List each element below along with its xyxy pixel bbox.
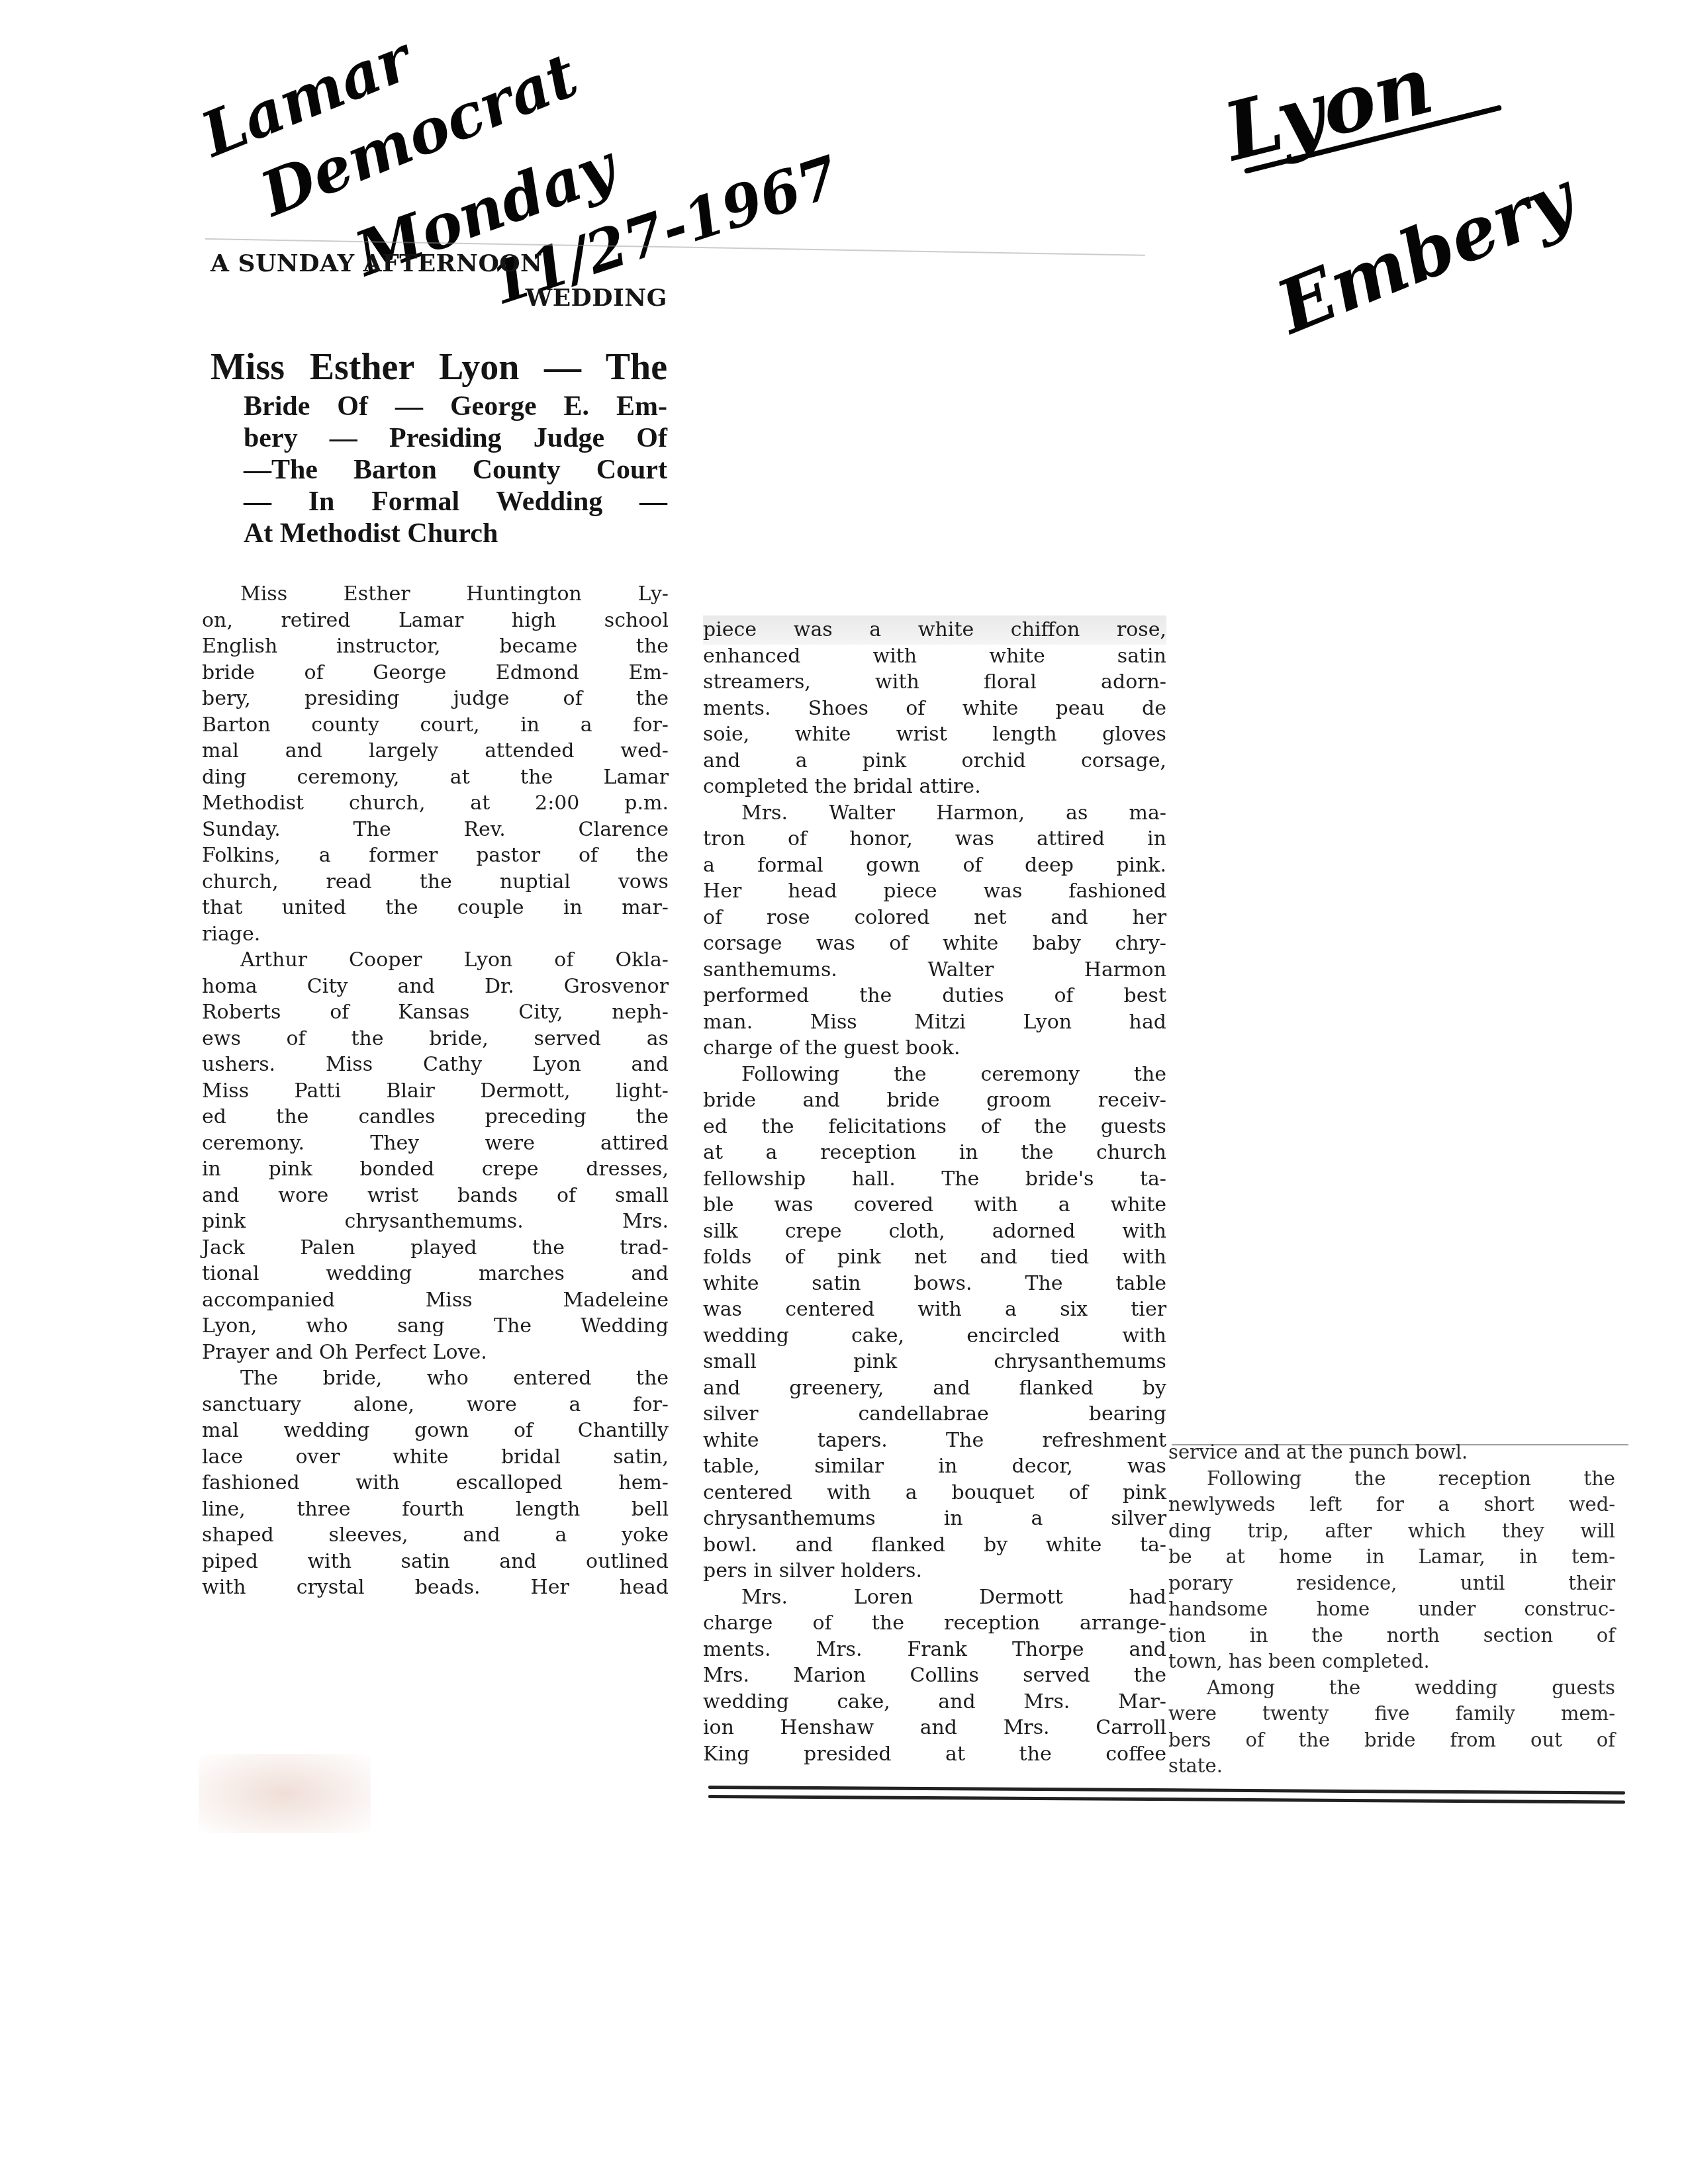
handwritten-name-bride: Lyon	[1215, 38, 1442, 179]
headline-deck-line: bery — Presiding Judge Of	[244, 422, 667, 454]
article-text-line: church, read the nuptial vows	[202, 869, 669, 895]
article-text-line: ushers. Miss Cathy Lyon and	[202, 1052, 669, 1078]
article-text-line: Her head piece was fashioned	[703, 878, 1166, 905]
handwritten-name-groom: Embery	[1266, 155, 1585, 350]
article-text-line: silver candellabrae bearing	[703, 1401, 1166, 1428]
article-text-line: The bride, who entered the	[202, 1365, 669, 1392]
article-text-line: ding ceremony, at the Lamar	[202, 764, 669, 791]
article-text-line: English instructor, became the	[202, 633, 669, 660]
kicker-line-1: A SUNDAY AFTERNOON	[211, 246, 667, 281]
article-text-line: porary residence, until their	[1168, 1570, 1615, 1597]
headline-deck-line: At Methodist Church	[244, 518, 667, 549]
headline-deck: Bride Of — George E. Em- bery — Presidin…	[211, 390, 667, 549]
article-end-rule	[708, 1786, 1625, 1794]
article-text-line: Mrs. Marion Collins served the	[703, 1662, 1166, 1689]
article-text-line: ceremony. They were attired	[202, 1130, 669, 1157]
article-text-line: enhanced with white satin	[703, 643, 1166, 670]
headline-deck-line: —The Barton County Court	[244, 454, 667, 486]
article-text-line: bers of the bride from out of	[1168, 1727, 1615, 1754]
article-text-line: fellowship hall. The bride's ta-	[703, 1166, 1166, 1193]
article-text-line: line, three fourth length bell	[202, 1496, 669, 1523]
article-text-line: tion in the north section of	[1168, 1623, 1615, 1649]
article-text-line: ments. Mrs. Frank Thorpe and	[703, 1637, 1166, 1663]
article-kicker: A SUNDAY AFTERNOON WEDDING	[211, 246, 667, 315]
article-text-line: white satin bows. The table	[703, 1271, 1166, 1297]
article-text-line: Folkins, a former pastor of the	[202, 842, 669, 869]
article-text-line: soie, white wrist length gloves	[703, 721, 1166, 748]
article-text-line: Methodist church, at 2:00 p.m.	[202, 790, 669, 817]
article-text-line: mal wedding gown of Chantilly	[202, 1418, 669, 1444]
article-headline: Miss Esther Lyon — The Bride Of — George…	[211, 344, 667, 549]
article-text-line: at a reception in the church	[703, 1140, 1166, 1166]
article-text-line: King presided at the coffee	[703, 1741, 1166, 1768]
article-text-line: streamers, with floral adorn-	[703, 669, 1166, 696]
article-text-line: Following the ceremony the	[703, 1062, 1166, 1088]
article-text-line: wedding cake, and Mrs. Mar-	[703, 1689, 1166, 1715]
article-text-line: bride of George Edmond Em-	[202, 660, 669, 686]
article-text-line: and greenery, and flanked by	[703, 1375, 1166, 1402]
article-text-line: riage.	[202, 921, 669, 948]
article-text-line: charge of the guest book.	[703, 1035, 1166, 1062]
article-text-line: Among the wedding guests	[1168, 1675, 1615, 1702]
article-text-line: state.	[1168, 1753, 1615, 1780]
article-text-line: santhemums. Walter Harmon	[703, 957, 1166, 983]
article-text-line: piped with satin and outlined	[202, 1549, 669, 1575]
article-text-line: Barton county court, in a for-	[202, 712, 669, 739]
article-column-left: Miss Esther Huntington Ly-on, retired La…	[202, 581, 669, 1601]
article-text-line: table, similar in decor, was	[703, 1453, 1166, 1480]
article-text-line: centered with a bouquet of pink	[703, 1480, 1166, 1506]
article-text-line: wedding cake, encircled with	[703, 1323, 1166, 1349]
article-text-line: in pink bonded crepe dresses,	[202, 1156, 669, 1183]
article-text-line: be at home in Lamar, in tem-	[1168, 1544, 1615, 1570]
article-text-line: Lyon, who sang The Wedding	[202, 1313, 669, 1340]
article-text-line: and wore wrist bands of small	[202, 1183, 669, 1209]
article-text-line: were twenty five family mem-	[1168, 1701, 1615, 1727]
article-text-line: with crystal beads. Her head	[202, 1574, 669, 1601]
article-column-middle: piece was a white chiffon rose,enhanced …	[703, 617, 1166, 1767]
article-text-line: on, retired Lamar high school	[202, 608, 669, 634]
article-text-line: ion Henshaw and Mrs. Carroll	[703, 1715, 1166, 1741]
article-text-line: pers in silver holders.	[703, 1558, 1166, 1584]
article-text-line: a formal gown of deep pink.	[703, 852, 1166, 879]
article-text-line: piece was a white chiffon rose,	[703, 617, 1166, 643]
article-text-line: handsome home under construc-	[1168, 1596, 1615, 1623]
article-text-line: that united the couple in mar-	[202, 895, 669, 921]
article-text-line: chrysanthemums in a silver	[703, 1506, 1166, 1532]
article-text-line: corsage was of white baby chry-	[703, 931, 1166, 957]
article-text-line: and a pink orchid corsage,	[703, 748, 1166, 774]
article-text-line: bride and bride groom receiv-	[703, 1087, 1166, 1114]
article-text-line: white tapers. The refreshment	[703, 1428, 1166, 1454]
kicker-line-2: WEDDING	[211, 281, 667, 315]
article-text-line: homa City and Dr. Grosvenor	[202, 974, 669, 1000]
article-text-line: was centered with a six tier	[703, 1297, 1166, 1323]
article-text-line: ments. Shoes of white peau de	[703, 696, 1166, 722]
article-text-line: accompanied Miss Madeleine	[202, 1287, 669, 1314]
article-text-line: completed the bridal attire.	[703, 774, 1166, 800]
headline-deck-line: — In Formal Wedding —	[244, 486, 667, 518]
article-text-line: shaped sleeves, and a yoke	[202, 1522, 669, 1549]
headline-main: Miss Esther Lyon — The	[211, 344, 667, 390]
article-text-line: ed the candles preceding the	[202, 1104, 669, 1130]
article-text-line: Roberts of Kansas City, neph-	[202, 999, 669, 1026]
article-text-line: ble was covered with a white	[703, 1192, 1166, 1218]
article-text-line: newlyweds left for a short wed-	[1168, 1492, 1615, 1518]
article-text-line: ews of the bride, served as	[202, 1026, 669, 1052]
article-text-line: pink chrysanthemums. Mrs.	[202, 1208, 669, 1235]
paper-stain	[199, 1754, 371, 1833]
article-text-line: Miss Esther Huntington Ly-	[202, 581, 669, 608]
article-text-line: fashioned with escalloped hem-	[202, 1470, 669, 1496]
headline-deck-line: Bride Of — George E. Em-	[244, 390, 667, 422]
article-text-line: tron of honor, was attired in	[703, 826, 1166, 852]
article-text-line: Mrs. Loren Dermott had	[703, 1584, 1166, 1611]
article-text-line: ding trip, after which they will	[1168, 1518, 1615, 1545]
article-text-line: bowl. and flanked by white ta-	[703, 1532, 1166, 1559]
article-text-line: folds of pink net and tied with	[703, 1244, 1166, 1271]
article-column-right: service and at the punch bowl.Following …	[1168, 1439, 1615, 1780]
article-text-line: Miss Patti Blair Dermott, light-	[202, 1078, 669, 1105]
article-text-line: small pink chrysanthemums	[703, 1349, 1166, 1375]
article-text-line: tional wedding marches and	[202, 1261, 669, 1287]
article-text-line: ed the felicitations of the guests	[703, 1114, 1166, 1140]
article-text-line: man. Miss Mitzi Lyon had	[703, 1009, 1166, 1036]
article-text-line: silk crepe cloth, adorned with	[703, 1218, 1166, 1245]
article-text-line: sanctuary alone, wore a for-	[202, 1392, 669, 1418]
article-text-line: lace over white bridal satin,	[202, 1444, 669, 1471]
article-text-line: Following the reception the	[1168, 1466, 1615, 1492]
article-end-rule	[708, 1795, 1625, 1803]
article-text-line: Prayer and Oh Perfect Love.	[202, 1340, 669, 1366]
article-text-line: performed the duties of best	[703, 983, 1166, 1009]
article-text-line: Jack Palen played the trad-	[202, 1235, 669, 1261]
article-text-line: Arthur Cooper Lyon of Okla-	[202, 947, 669, 974]
article-text-line: charge of the reception arrange-	[703, 1610, 1166, 1637]
article-text-line: Sunday. The Rev. Clarence	[202, 817, 669, 843]
article-text-line: bery, presiding judge of the	[202, 686, 669, 712]
article-text-line: of rose colored net and her	[703, 905, 1166, 931]
article-text-line: mal and largely attended wed-	[202, 738, 669, 764]
article-text-line: town, has been completed.	[1168, 1649, 1615, 1675]
article-text-line: Mrs. Walter Harmon, as ma-	[703, 800, 1166, 827]
article-text-line: service and at the punch bowl.	[1168, 1439, 1615, 1466]
